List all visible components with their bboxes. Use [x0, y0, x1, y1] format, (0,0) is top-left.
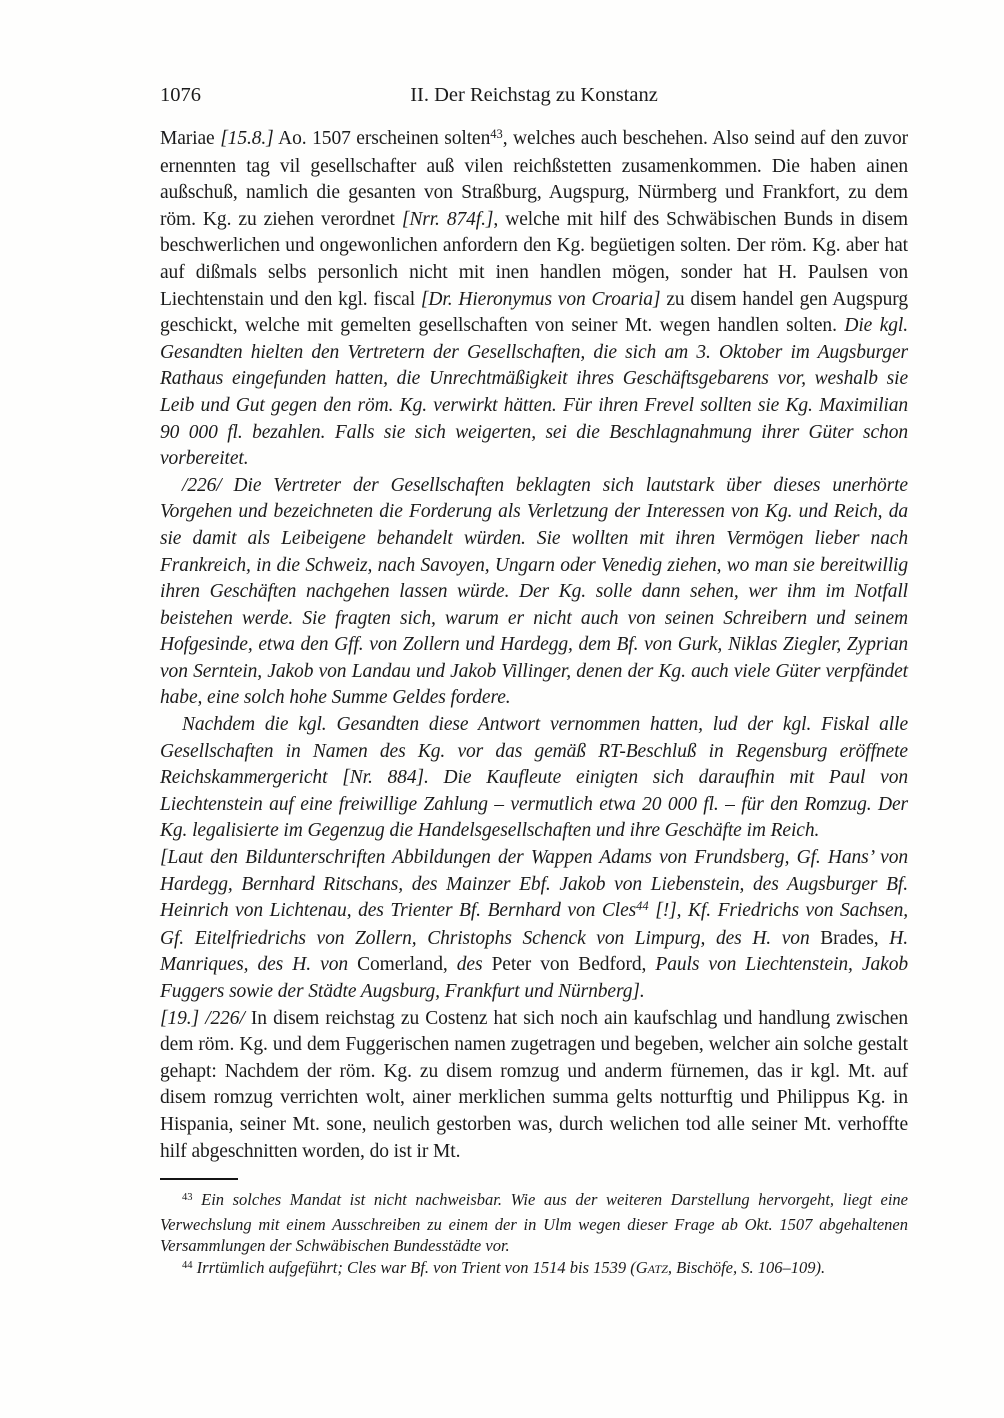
text-segment: 44	[636, 899, 648, 913]
text-segment: /226/ Die Vertreter der Gesellschaften b…	[160, 475, 908, 709]
text-segment: Comerland,	[357, 954, 448, 975]
footnote-marker: 43	[182, 1192, 193, 1203]
text-segment: Peter von Bedford,	[492, 954, 647, 975]
text-segment: 43	[490, 127, 502, 141]
text-segment: In disem reichstag zu Costenz hat sich n…	[160, 1008, 908, 1162]
text-segment: [15.8.]	[220, 128, 273, 149]
text-segment: Irrtümlich aufgeführt; Cles war Bf. von …	[197, 1258, 636, 1277]
paragraph: [Laut den Bildunterschriften Abbildungen…	[160, 845, 908, 1006]
text-segment: Mariae	[160, 128, 220, 149]
text-segment: [19.] /226/	[160, 1008, 245, 1029]
footnote-list: 43 Ein solches Mandat ist nicht nachweis…	[160, 1189, 908, 1281]
page-number: 1076	[160, 82, 201, 109]
paragraph: Nachdem die kgl. Gesandten diese Antwort…	[160, 712, 908, 845]
text-segment: [Dr. Hieronymus von Croaria]	[421, 289, 661, 310]
footnotes: 43 Ein solches Mandat ist nicht nachweis…	[160, 1178, 908, 1281]
text-segment: Ao. 1507 erscheinen solten	[274, 128, 491, 149]
text-segment: Ein solches Mandat ist nicht nachweisbar…	[160, 1190, 908, 1255]
text-segment: Die kgl. Gesandten hielten den Vertreter…	[160, 315, 908, 469]
book-page: 1076 II. Der Reichstag zu Konstanz Maria…	[0, 0, 1004, 1418]
text-segment: , Bischöfe, S. 106–109).	[668, 1258, 825, 1277]
text-segment: [Nrr. 874f.]	[402, 209, 494, 230]
running-title: II. Der Reichstag zu Konstanz	[160, 82, 908, 109]
body-text: Mariae [15.8.] Ao. 1507 erscheinen solte…	[160, 126, 908, 1165]
running-header: 1076 II. Der Reichstag zu Konstanz	[160, 82, 908, 109]
text-segment: Gatz	[636, 1258, 668, 1277]
paragraph: Mariae [15.8.] Ao. 1507 erscheinen solte…	[160, 126, 908, 473]
footnote-marker: 44	[182, 1260, 193, 1271]
footnote-separator	[160, 1178, 238, 1180]
paragraph: [19.] /226/ In disem reichstag zu Costen…	[160, 1006, 908, 1166]
paragraph: /226/ Die Vertreter der Gesellschaften b…	[160, 473, 908, 712]
text-segment: Brades,	[820, 928, 878, 949]
text-segment: des	[448, 954, 492, 975]
content-column: 1076 II. Der Reichstag zu Konstanz Maria…	[160, 82, 908, 1282]
footnote: 44 Irrtümlich aufgeführt; Cles war Bf. v…	[160, 1257, 908, 1282]
text-segment: Nachdem die kgl. Gesandten diese Antwort…	[160, 714, 908, 841]
footnote: 43 Ein solches Mandat ist nicht nachweis…	[160, 1189, 908, 1257]
